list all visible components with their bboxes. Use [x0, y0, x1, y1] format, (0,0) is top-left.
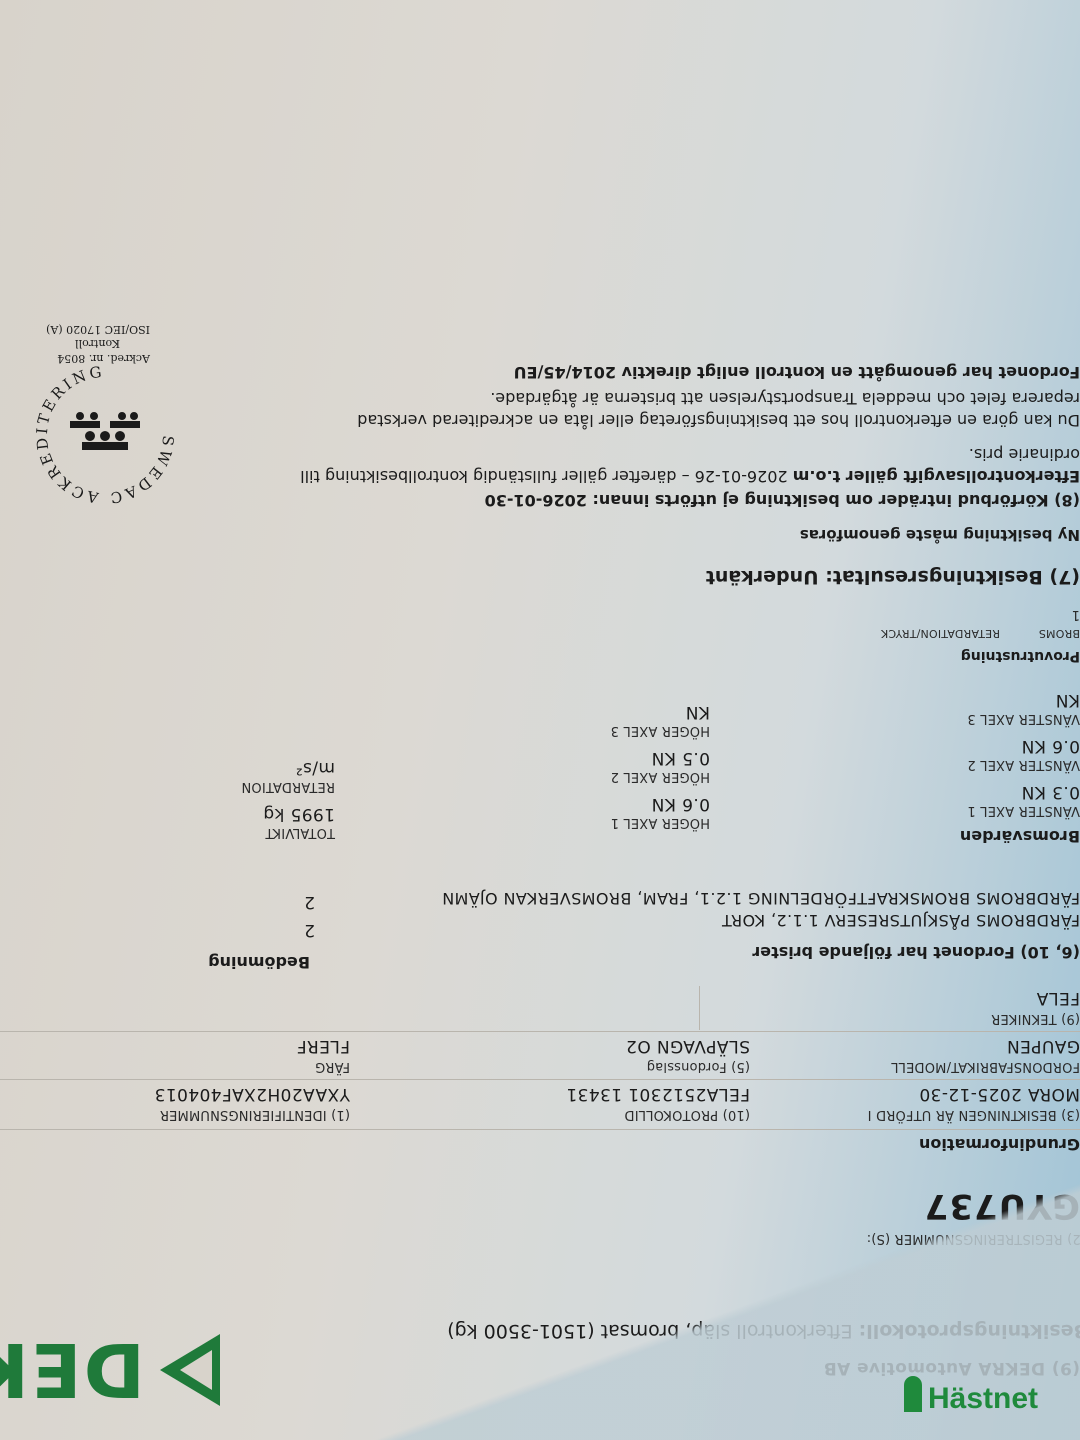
- registration-label: (2) REGISTRERINGSNUMMER (S):: [867, 1231, 1080, 1246]
- swedac-stamp: SWEDAC ACKREDITERING: [30, 360, 180, 510]
- dekra-logo-mark-icon: [160, 1334, 220, 1406]
- hastnet-horse-icon: [904, 1376, 922, 1412]
- test-equipment-col-retardation: RETARDATION/TRYCK: [881, 627, 1000, 640]
- protocol-name: Efterkontroll släp, bromsat (1501-3500 k…: [447, 1320, 852, 1342]
- stamp-iso: ISO/IEC 17020 (A): [46, 323, 150, 336]
- hastnet-watermark: Hästnet: [928, 1382, 1038, 1416]
- field-label-color: FÄRG: [315, 1059, 350, 1074]
- defect-item: FÄRDBROMS BROMSKRAFTFÖRDELNING 1.2.1, FR…: [442, 889, 1080, 908]
- test-equipment-col-brake: BROMS: [1039, 627, 1080, 640]
- defect-assessment: 2: [304, 892, 315, 912]
- inspection-document: DEKRA (9) DEKRA Automotive AB Besiktning…: [0, 0, 1080, 1440]
- defect-assessment: 2: [304, 920, 315, 940]
- field-value-color: FLERF: [296, 1036, 350, 1056]
- protocol-label: Besiktningsprotokoll:: [859, 1320, 1080, 1342]
- result-subtitle: Ny besiktning måste genomföras: [800, 526, 1080, 544]
- defect-item: FÄRDBROMS PÅSKJUTSRESERV 1.1.2, KORT: [722, 911, 1080, 930]
- brake-left-3-label: VÄNSTER AXEL 3: [967, 711, 1080, 726]
- brake-left-3-value: KN: [1055, 690, 1080, 710]
- retardation-unit: m/s²: [295, 758, 335, 778]
- brake-right-3-value: KN: [685, 702, 710, 722]
- divider: [0, 1129, 1080, 1130]
- fee-notice: Efterkontrollsavgift gäller t.o.m 2026-0…: [300, 467, 1080, 486]
- info-text-line1: Du kan göra en efterkontroll hos ett bes…: [357, 411, 1080, 430]
- test-equipment-value: 1: [1072, 607, 1080, 622]
- defects-title: (6, 10) Fordonet har följande brister: [752, 943, 1080, 962]
- assessment-header: Bedömning: [208, 953, 310, 972]
- brake-left-1-label: VÄNSTER AXEL 1: [967, 803, 1080, 818]
- fee-notice-text: 2026-01-26 – därefter gäller fullständig…: [300, 467, 793, 486]
- field-value-protocol-id: FELA2512301 13431: [566, 1084, 750, 1104]
- field-value-technician: FELA: [1036, 988, 1080, 1008]
- divider: [0, 1079, 1080, 1080]
- retardation-label: RETARDATION: [241, 779, 335, 794]
- test-equipment-title: Provutrustning: [961, 648, 1080, 664]
- field-label-location: (3) BESIKTNINGEN ÄR UTFÖRD I: [868, 1107, 1080, 1122]
- brake-right-1-label: HÖGER AXEL 1: [610, 815, 710, 830]
- grundinformation-title: Grundinformation: [919, 1135, 1080, 1154]
- field-label-vin: (1) IDENTIFIERINGSNUMMER: [160, 1107, 350, 1122]
- stamp-kontroll: Kontroll: [75, 337, 120, 350]
- brake-left-1-value: 0.3 KN: [1021, 782, 1080, 802]
- company-label: DEKRA Automotive AB: [823, 1358, 1045, 1378]
- field-label-vehicle-type: (5) Fordonsslag: [647, 1059, 750, 1074]
- field-value-location: MORA 2025-12-30: [919, 1084, 1080, 1104]
- fee-notice-bold: Efterkontrollsavgift gäller t.o.m: [793, 467, 1080, 486]
- stamp-accred-number: Ackred. nr. 8054: [57, 352, 150, 365]
- swedac-ring-icon: SWEDAC ACKREDITERING: [30, 360, 180, 510]
- company-name: (9) DEKRA Automotive AB: [823, 1358, 1080, 1378]
- field-value-make-model: GAUPEN: [1007, 1036, 1080, 1056]
- brake-left-2-value: 0.6 KN: [1021, 736, 1080, 756]
- brake-right-2-label: HÖGER AXEL 2: [610, 769, 710, 784]
- brake-values-title: Bromsvärden: [960, 827, 1080, 846]
- fee-notice-cont: ordinarie pris.: [969, 445, 1080, 464]
- brake-left-2-label: VÄNSTER AXEL 2: [967, 757, 1080, 772]
- brake-right-3-label: HÖGER AXEL 3: [610, 723, 710, 738]
- brake-right-1-value: 0.6 KN: [651, 794, 710, 814]
- field-value-vin: YXAA20H2XAF404013: [154, 1084, 350, 1104]
- field-label-protocol-id: (10) PROTOKOLLID: [624, 1107, 750, 1122]
- registration-number: GYU737: [924, 1186, 1080, 1226]
- driving-ban-notice: (8) Körförbud inträder om besiktning ej …: [485, 491, 1080, 510]
- field-label-make-model: FORDONSFABRIKAT/MODELL: [891, 1059, 1080, 1074]
- total-weight-label: TOTALVIKT: [265, 825, 335, 840]
- divider: [0, 1031, 1080, 1032]
- field-label-technician: (9) TEKNIKER: [991, 1011, 1080, 1026]
- total-weight-value: 1995 kg: [263, 804, 335, 824]
- company-prefix: (9): [1051, 1358, 1080, 1378]
- dekra-logo: DEKRA: [0, 1326, 145, 1412]
- divider: [699, 986, 700, 1030]
- protocol-title: Besiktningsprotokoll: Efterkontroll släp…: [447, 1320, 1080, 1342]
- field-value-vehicle-type: SLÄPVAGN O2: [626, 1036, 750, 1056]
- directive-text: Fordonet har genomgått en kontroll enlig…: [514, 363, 1080, 382]
- info-text-line2: reparera felet och meddela Transportstyr…: [490, 389, 1080, 408]
- brake-right-2-value: 0.5 KN: [651, 748, 710, 768]
- inspection-result: (7) Besiktningsresultat: Underkänt: [706, 566, 1080, 588]
